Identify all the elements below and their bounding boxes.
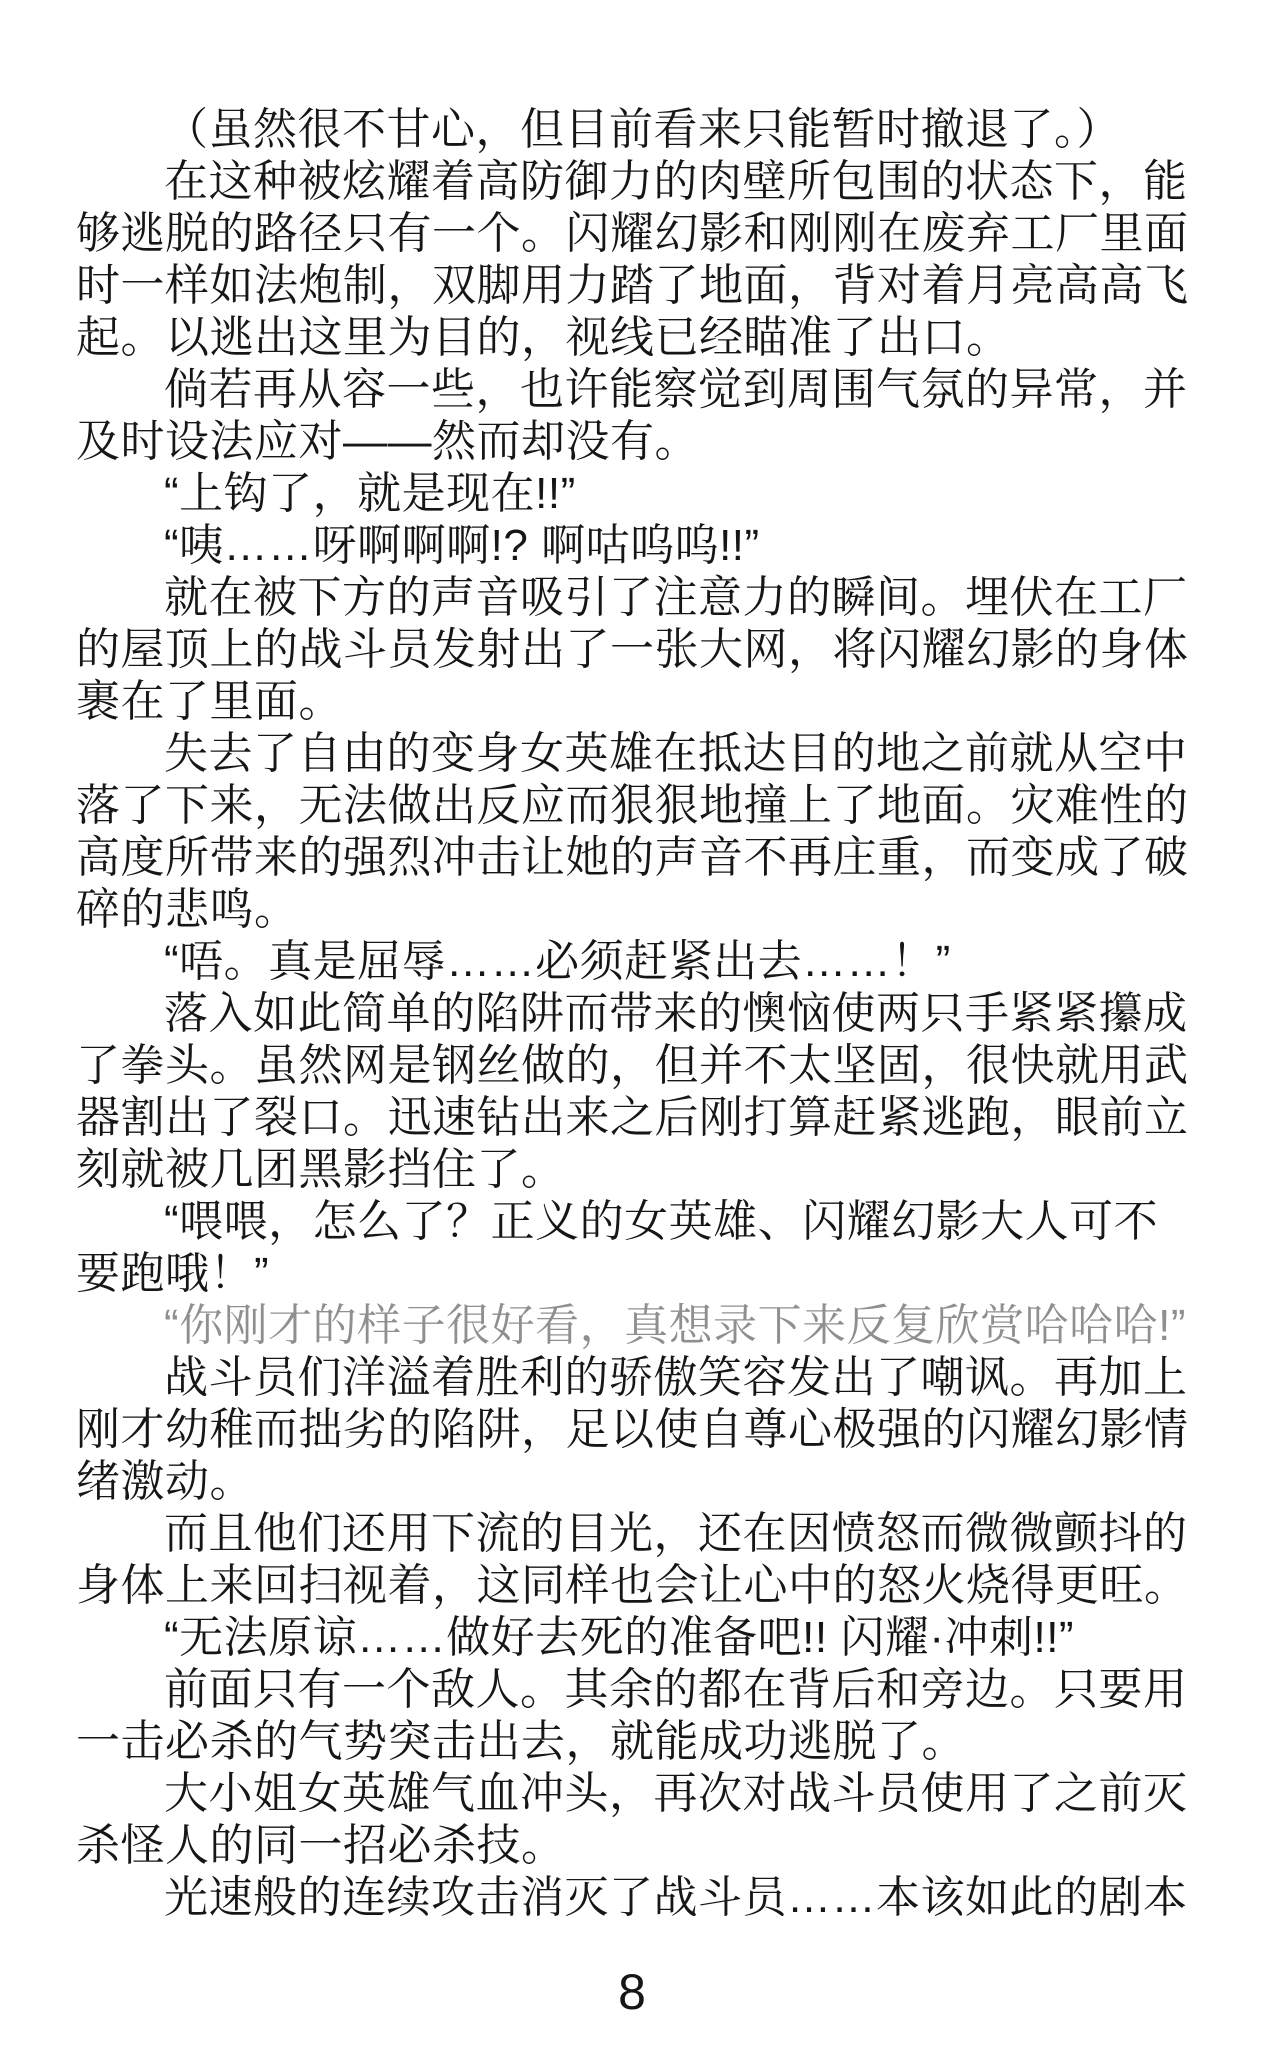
paragraph: 失去了自由的变身女英雄在抵达目的地之前就从空中落了下来，无法做出反应而狠狠地撞上… [76, 728, 1196, 936]
text-line: “你刚才的样子很好看，真想录下来反复欣赏哈哈哈!” [76, 1300, 1196, 1352]
text-line: 起。以逃出这里为目的，视线已经瞄准了出口。 [76, 312, 1196, 364]
text-line: 战斗员们洋溢着胜利的骄傲笑容发出了嘲讽。再加上 [76, 1352, 1196, 1404]
text-line: 在这种被炫耀着高防御力的肉壁所包围的状态下，能 [76, 156, 1196, 208]
text-line: 时一样如法炮制，双脚用力踏了地面，背对着月亮高高飞 [76, 260, 1196, 312]
text-line: 倘若再从容一些，也许能察觉到周围气氛的异常，并 [76, 364, 1196, 416]
text-line: “喂喂，怎么了？正义的女英雄、闪耀幻影大人可不 [76, 1196, 1196, 1248]
text-line: 就在被下方的声音吸引了注意力的瞬间。埋伏在工厂 [76, 572, 1196, 624]
text-line: 而且他们还用下流的目光，还在因愤怒而微微颤抖的 [76, 1508, 1196, 1560]
text-line: （虽然很不甘心，但目前看来只能暂时撤退了。） [76, 104, 1196, 156]
paragraph: 大小姐女英雄气血冲头，再次对战斗员使用了之前灭杀怪人的同一招必杀技。 [76, 1768, 1196, 1872]
paragraph: 在这种被炫耀着高防御力的肉壁所包围的状态下，能够逃脱的路径只有一个。闪耀幻影和刚… [76, 156, 1196, 364]
text-line: 一击必杀的气势突击出去，就能成功逃脱了。 [76, 1716, 1196, 1768]
paragraph: “咦……呀啊啊啊!? 啊咕呜呜!!” [76, 520, 1196, 572]
text-line: “咦……呀啊啊啊!? 啊咕呜呜!!” [76, 520, 1196, 572]
paragraph: “上钩了，就是现在!!” [76, 468, 1196, 520]
text-line: 刻就被几团黑影挡住了。 [76, 1144, 1196, 1196]
text-line: 落入如此简单的陷阱而带来的懊恼使两只手紧紧攥成 [76, 988, 1196, 1040]
page-number: 8 [0, 1962, 1264, 2022]
paragraph: 而且他们还用下流的目光，还在因愤怒而微微颤抖的身体上来回扫视着，这同样也会让心中… [76, 1508, 1196, 1612]
paragraph: （虽然很不甘心，但目前看来只能暂时撤退了。） [76, 104, 1196, 156]
paragraph: 战斗员们洋溢着胜利的骄傲笑容发出了嘲讽。再加上刚才幼稚而拙劣的陷阱，足以使自尊心… [76, 1352, 1196, 1508]
text-line: 杀怪人的同一招必杀技。 [76, 1820, 1196, 1872]
text-line: 够逃脱的路径只有一个。闪耀幻影和刚刚在废弃工厂里面 [76, 208, 1196, 260]
text-line: 的屋顶上的战斗员发射出了一张大网，将闪耀幻影的身体 [76, 624, 1196, 676]
text-line: “无法原谅……做好去死的准备吧!! 闪耀·冲刺!!” [76, 1612, 1196, 1664]
text-line: 落了下来，无法做出反应而狠狠地撞上了地面。灾难性的 [76, 780, 1196, 832]
text-line: 高度所带来的强烈冲击让她的声音不再庄重，而变成了破 [76, 832, 1196, 884]
text-line: 失去了自由的变身女英雄在抵达目的地之前就从空中 [76, 728, 1196, 780]
text-line: 刚才幼稚而拙劣的陷阱，足以使自尊心极强的闪耀幻影情 [76, 1404, 1196, 1456]
paragraph: 落入如此简单的陷阱而带来的懊恼使两只手紧紧攥成了拳头。虽然网是钢丝做的，但并不太… [76, 988, 1196, 1196]
text-line: 要跑哦！” [76, 1248, 1196, 1300]
paragraph: “无法原谅……做好去死的准备吧!! 闪耀·冲刺!!” [76, 1612, 1196, 1664]
text-line: 器割出了裂口。迅速钻出来之后刚打算赶紧逃跑，眼前立 [76, 1092, 1196, 1144]
text-line: 绪激动。 [76, 1456, 1196, 1508]
text-line: 身体上来回扫视着，这同样也会让心中的怒火烧得更旺。 [76, 1560, 1196, 1612]
paragraph: 就在被下方的声音吸引了注意力的瞬间。埋伏在工厂的屋顶上的战斗员发射出了一张大网，… [76, 572, 1196, 728]
novel-page: （虽然很不甘心，但目前看来只能暂时撤退了。）在这种被炫耀着高防御力的肉壁所包围的… [0, 0, 1264, 2067]
text-line: 大小姐女英雄气血冲头，再次对战斗员使用了之前灭 [76, 1768, 1196, 1820]
paragraph: “唔。真是屈辱……必须赶紧出去……！” [76, 936, 1196, 988]
text-line: 碎的悲鸣。 [76, 884, 1196, 936]
paragraph: “喂喂，怎么了？正义的女英雄、闪耀幻影大人可不要跑哦！” [76, 1196, 1196, 1300]
paragraph: 倘若再从容一些，也许能察觉到周围气氛的异常，并及时设法应对——然而却没有。 [76, 364, 1196, 468]
paragraph: “你刚才的样子很好看，真想录下来反复欣赏哈哈哈!” [76, 1300, 1196, 1352]
text-line: 及时设法应对——然而却没有。 [76, 416, 1196, 468]
paragraph: 前面只有一个敌人。其余的都在背后和旁边。只要用一击必杀的气势突击出去，就能成功逃… [76, 1664, 1196, 1768]
text-line: “上钩了，就是现在!!” [76, 468, 1196, 520]
text-line: “唔。真是屈辱……必须赶紧出去……！” [76, 936, 1196, 988]
text-line: 前面只有一个敌人。其余的都在背后和旁边。只要用 [76, 1664, 1196, 1716]
text-line: 了拳头。虽然网是钢丝做的，但并不太坚固，很快就用武 [76, 1040, 1196, 1092]
text-line: 裹在了里面。 [76, 676, 1196, 728]
paragraph: 光速般的连续攻击消灭了战斗员……本该如此的剧本 [76, 1872, 1196, 1924]
text-block: （虽然很不甘心，但目前看来只能暂时撤退了。）在这种被炫耀着高防御力的肉壁所包围的… [0, 0, 1264, 1924]
text-line: 光速般的连续攻击消灭了战斗员……本该如此的剧本 [76, 1872, 1196, 1924]
